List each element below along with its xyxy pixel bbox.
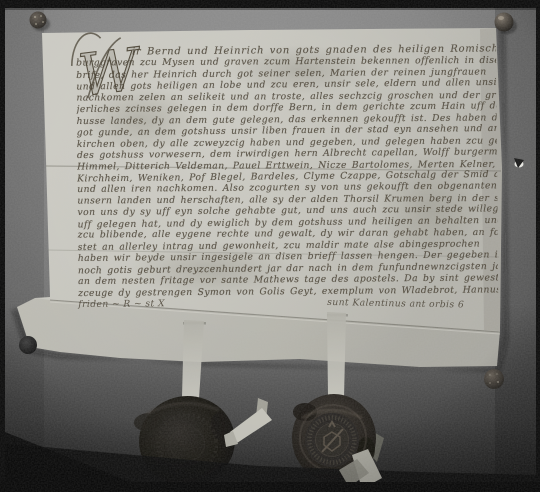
grain-overlay xyxy=(0,0,540,492)
photograph: W xyxy=(0,0,540,492)
